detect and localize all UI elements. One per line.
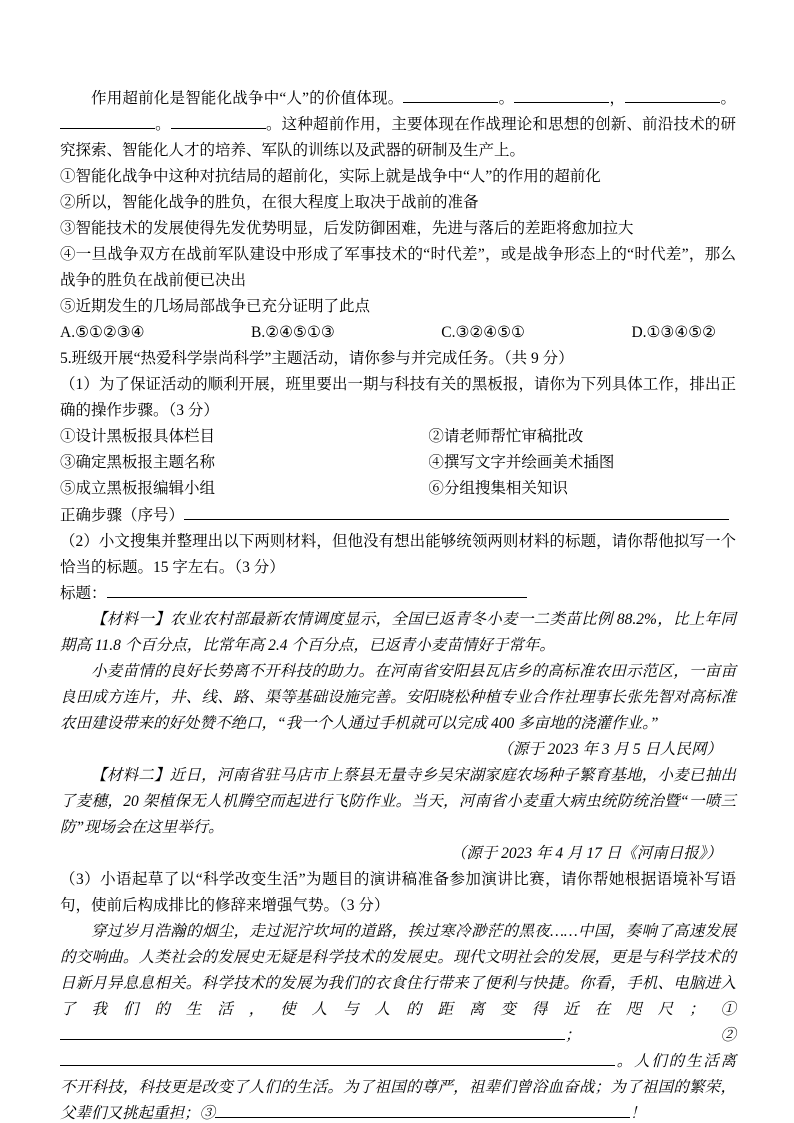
question4-intro: 作用超前化是智能化战争中“人”的价值体现。。，。。。这种超前作用，主要体现在作战…: [60, 86, 736, 164]
steps-answer-line: 正确步骤（序号）: [60, 503, 736, 529]
text-run: ④一旦战争双方在战前军队建设中形成了军事技术的“时代差”，或是战争形态上的“时代…: [60, 246, 736, 289]
text-run: 小麦苗情的良好长势离不开科技的助力。在河南省安阳县瓦店乡的高标准农田示范区，一亩…: [60, 663, 736, 732]
answer-option-D[interactable]: D.①③④⑤②: [631, 320, 716, 346]
text-run: ！: [630, 1105, 646, 1122]
question5-part2: （2）小文搜集并整理出以下两则材料，但他没有想出能够统领两则材料的标题，请你帮他…: [60, 529, 736, 581]
text-run: 穿过岁月浩瀚的烟尘，走过泥泞坎坷的道路，挨过寒冷渺茫的黑夜……中国，奏响了高速发…: [60, 923, 736, 1018]
steps-row-3: ⑤成立黑板报编辑小组⑥分组搜集相关知识: [60, 476, 736, 502]
text-run: 5.班级开展“热爱科学崇尚科学”主题活动，请你参与并完成任务。（共 9 分）: [60, 350, 574, 367]
answer-blank[interactable]: [60, 1050, 615, 1066]
material-2-paragraph: 【材料二】近日，河南省驻马店市上蔡县无量寺乡吴宋湖家庭农场种子繁育基地，小麦已抽…: [60, 763, 736, 841]
answer-option-A[interactable]: A.⑤①②③④: [60, 320, 145, 346]
question5-stem: 5.班级开展“热爱科学崇尚科学”主题活动，请你参与并完成任务。（共 9 分）: [60, 346, 736, 372]
sentence-item-2: ②所以，智能化战争的胜负，在很大程度上取决于战前的准备: [60, 190, 736, 216]
title-answer-line: 标题：: [60, 581, 736, 607]
material-1-paragraph-2: 小麦苗情的良好长势离不开科技的助力。在河南省安阳县瓦店乡的高标准农田示范区，一亩…: [60, 659, 736, 737]
material-2-source: （源于 2023 年 4 月 17 日《河南日报》）: [60, 841, 736, 867]
answer-blank[interactable]: [215, 1103, 630, 1119]
sentence-item-3: ③智能技术的发展使得先发优势明显，后发防御困难，先进与落后的差距将愈加拉大: [60, 216, 736, 242]
answer-blank[interactable]: [514, 87, 609, 103]
text-run: ，: [609, 90, 625, 107]
text-run: （3）小语起草了以“科学改变生活”为题目的演讲稿准备参加演讲比赛，请你帮她根据语…: [60, 871, 736, 914]
text-run: 【材料一】农业农村部最新农情调度显示，全国已返青冬小麦一二类苗比例 88.2%，…: [60, 611, 736, 654]
text-run: 【材料二】近日，河南省驻马店市上蔡县无量寺乡吴宋湖家庭农场种子繁育基地，小麦已抽…: [60, 767, 736, 836]
exam-page: 作用超前化是智能化战争中“人”的价值体现。。，。。。这种超前作用，主要体现在作战…: [0, 0, 794, 1123]
answer-blank[interactable]: [184, 504, 729, 520]
text-run: （1）为了保证活动的顺利开展，班里要出一期与科技有关的黑板报，请你为下列具体工作…: [60, 376, 736, 419]
step-item: ⑥分组搜集相关知识: [428, 476, 736, 502]
answer-blank[interactable]: [171, 113, 266, 129]
steps-row-2: ③确定黑板报主题名称④撰写文字并绘画美术插图: [60, 450, 736, 476]
answer-blank[interactable]: [625, 87, 720, 103]
text-run: 。: [155, 116, 171, 133]
text-run: ②所以，智能化战争的胜负，在很大程度上取决于战前的准备: [60, 194, 479, 211]
sentence-item-4: ④一旦战争双方在战前军队建设中形成了军事技术的“时代差”，或是战争形态上的“时代…: [60, 242, 736, 294]
text-run: 正确步骤（序号）: [60, 507, 184, 524]
text-run: ；②: [565, 1027, 736, 1044]
steps-row-1: ①设计黑板报具体栏目②请老师帮忙审稿批改: [60, 424, 736, 450]
answer-option-C[interactable]: C.③②④⑤①: [441, 320, 525, 346]
sentence-item-5: ⑤近期发生的几场局部战争已充分证明了此点: [60, 294, 736, 320]
step-item: ④撰写文字并绘画美术插图: [428, 450, 736, 476]
answer-options: A.⑤①②③④B.②④⑤①③C.③②④⑤①D.①③④⑤②: [60, 320, 736, 346]
answer-blank[interactable]: [107, 582, 527, 598]
speech-draft: 穿过岁月浩瀚的烟尘，走过泥泞坎坷的道路，挨过寒冷渺茫的黑夜……中国，奏响了高速发…: [60, 919, 736, 1123]
text-run: （2）小文搜集并整理出以下两则材料，但他没有想出能够统领两则材料的标题，请你帮他…: [60, 533, 736, 576]
step-item: ②请老师帮忙审稿批改: [428, 424, 736, 450]
text-run: ⑤近期发生的几场局部战争已充分证明了此点: [60, 298, 370, 315]
step-item: ①设计黑板报具体栏目: [60, 424, 428, 450]
text-run: （源于 2023 年 3 月 5 日人民网）: [497, 741, 722, 758]
text-run: ③智能技术的发展使得先发优势明显，后发防御困难，先进与落后的差距将愈加拉大: [60, 220, 634, 237]
answer-blank[interactable]: [60, 1024, 565, 1040]
answer-option-B[interactable]: B.②④⑤①③: [251, 320, 335, 346]
question5-part1: （1）为了保证活动的顺利开展，班里要出一期与科技有关的黑板报，请你为下列具体工作…: [60, 372, 736, 424]
text-run: 标题：: [60, 585, 107, 602]
text-run: 。: [498, 90, 514, 107]
answer-blank[interactable]: [60, 113, 155, 129]
text-run: ①智能化战争中这种对抗结局的超前化，实际上就是战争中“人”的作用的超前化: [60, 168, 601, 185]
text-run: （源于 2023 年 4 月 17 日《河南日报》）: [451, 845, 722, 862]
step-item: ⑤成立黑板报编辑小组: [60, 476, 428, 502]
material-1-source: （源于 2023 年 3 月 5 日人民网）: [60, 737, 736, 763]
question5-part3: （3）小语起草了以“科学改变生活”为题目的演讲稿准备参加演讲比赛，请你帮她根据语…: [60, 867, 736, 919]
step-item: ③确定黑板报主题名称: [60, 450, 428, 476]
material-1-paragraph-1: 【材料一】农业农村部最新农情调度显示，全国已返青冬小麦一二类苗比例 88.2%，…: [60, 607, 736, 659]
document-body: 作用超前化是智能化战争中“人”的价值体现。。，。。。这种超前作用，主要体现在作战…: [60, 86, 736, 1123]
sentence-item-1: ①智能化战争中这种对抗结局的超前化，实际上就是战争中“人”的作用的超前化: [60, 164, 736, 190]
text-run: 。: [720, 90, 736, 107]
answer-blank[interactable]: [403, 87, 498, 103]
text-run: 作用超前化是智能化战争中“人”的价值体现。: [91, 90, 403, 107]
